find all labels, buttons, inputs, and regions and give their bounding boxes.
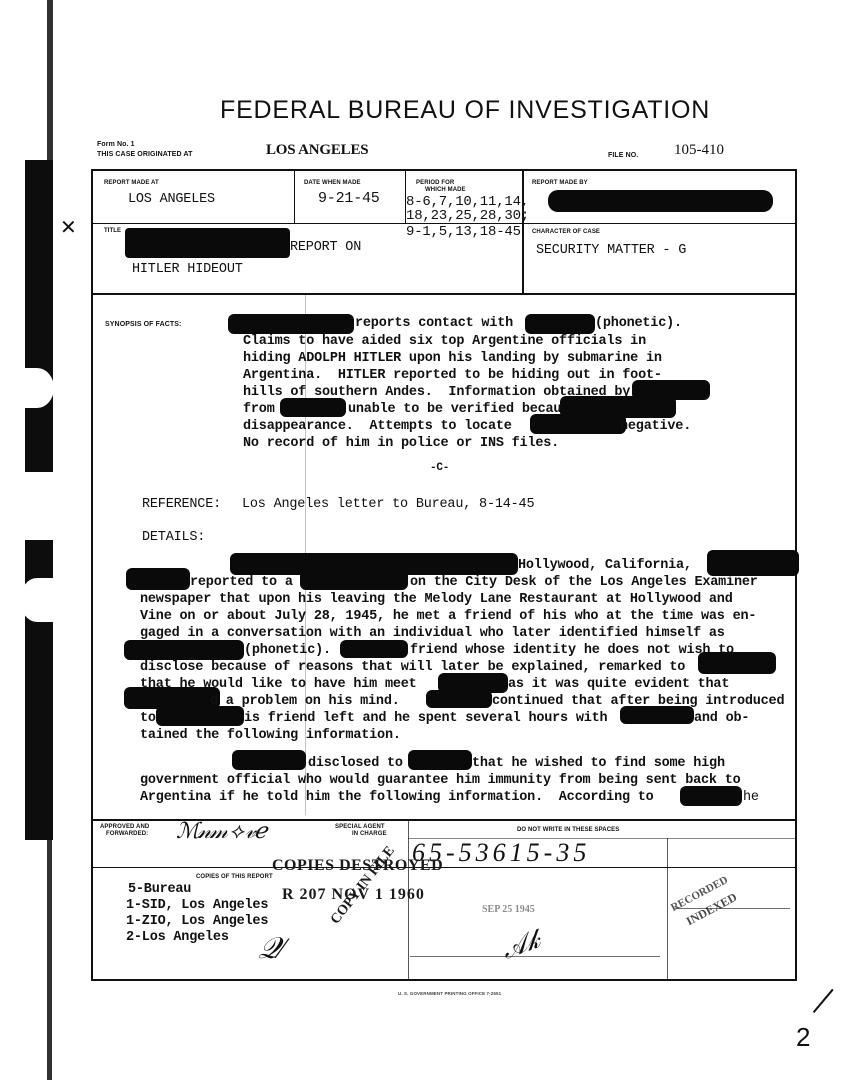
copies-destroyed-stamp: COPIES DESTROYED [272,857,443,875]
details-text: disclose because of reasons that will la… [140,660,685,675]
redaction-synopsis-6 [530,414,626,434]
page-number: 2 [796,1022,810,1053]
redaction-details-4 [300,570,408,590]
corner-slash-mark [813,989,833,1013]
redaction-synopsis-2 [525,314,595,334]
details-text: is friend left and he spent several hour… [244,711,607,726]
synopsis-separator: -C- [430,462,449,474]
agency-title: FEDERAL BUREAU OF INVESTIGATION [220,96,710,125]
period-line-2: 18,23,25,28,30; [406,208,529,224]
binding-block-upper [25,160,53,472]
redaction-details-15 [680,786,742,806]
redaction-title-name [125,228,290,258]
details-text: (phonetic). [244,643,331,658]
details-text: tained the following information. [140,728,401,743]
synopsis-text: reports contact with [355,316,513,331]
redaction-agent-name [548,190,773,212]
title-line-2: HITLER HIDEOUT [132,262,243,277]
margin-x-mark: ✕ [60,215,77,240]
synopsis-text: (phonetic). [595,316,682,331]
report-made-by-label: REPORT MADE BY [532,180,588,186]
redaction-details-5 [124,640,244,660]
case-originated-label: THIS CASE ORIGINATED AT [97,151,193,158]
footer-col-2 [667,838,668,980]
title-line-1: REPORT ON [290,240,361,255]
report-made-at-label: REPORT MADE AT [104,180,159,186]
synopsis-text: hiding ADOLPH HITLER upon his landing by… [243,351,662,366]
footer-subline-2 [675,908,790,909]
copies-list-item: 1-SID, Los Angeles [126,898,268,913]
synopsis-text: No record of him in police or INS files. [243,436,559,451]
punch-hole-upper [20,368,54,408]
details-text: disclosed to [308,756,403,771]
report-made-at-value: LOS ANGELES [128,192,215,207]
character-of-case-value: SECURITY MATTER - G [536,243,686,258]
details-label: DETAILS: [142,530,205,545]
grid-header-bottom [91,293,797,295]
details-text: as it was quite evident that [508,677,729,692]
printer-note: U. S. GOVERNMENT PRINTING OFFICE 7-2551 [398,991,501,996]
redaction-synopsis-1 [228,314,354,334]
initials-scrawl: 𝒬⁄ [258,932,285,966]
file-number-value: 105-410 [674,142,724,159]
synopsis-text: negative. [620,419,691,434]
details-text: Vine on or about July 28, 1945, he met a… [140,609,756,624]
redaction-details-13 [232,750,306,770]
redaction-synopsis-4 [280,398,346,417]
details-text: friend whose identity he does not wish t… [410,643,734,658]
case-originated-value: LOS ANGELES [266,142,368,159]
details-text: newspaper that upon his leaving the Melo… [140,592,733,607]
details-text: that he wished to find some high [472,756,725,771]
copies-list-item: 5-Bureau [128,882,191,897]
title-label: TITLE [104,228,121,234]
received-date-stamp: SEP 25 1945 [482,904,535,915]
redaction-details-2 [707,550,799,576]
details-text: government official who would guarantee … [140,773,741,788]
copies-label: COPIES OF THIS REPORT [196,874,273,880]
synopsis-text: Claims to have aided six top Argentine o… [243,334,646,349]
period-label-2: WHICH MADE [425,187,466,193]
copies-list-item: 2-Los Angeles [126,930,229,945]
synopsis-text: Argentina. HITLER reported to be hiding … [243,368,662,383]
period-line-3: 9-1,5,13,18-45 [406,224,521,240]
details-text: on the City Desk of the Los Angeles Exam… [410,575,758,590]
details-text: gaged in a conversation with an individu… [140,626,725,641]
details-text: and ob- [694,711,749,726]
period-label-1: PERIOD FOR [416,180,454,186]
date-made-label: DATE WHEN MADE [304,180,361,186]
binding-strip-bottom [47,840,52,1080]
details-text: Argentina if he told him the following i… [140,790,654,805]
grid-col-by [522,170,524,294]
approved-label-2: FORWARDED: [106,831,148,837]
form-number-label: Form No. 1 [97,141,135,148]
redaction-details-11 [156,706,244,726]
do-not-write-label: DO NOT WRITE IN THESE SPACES [517,827,619,833]
approved-label-1: APPROVED AND [100,824,149,830]
details-text: to [140,711,156,726]
punch-hole-lower [20,578,54,622]
grid-col-date [294,170,295,224]
synopsis-label: SYNOPSIS OF FACTS: [105,321,181,328]
form-border-bottom [91,979,797,981]
footer-handwritten-mark: 𝒜𝓀 [498,924,545,966]
details-text: he [743,790,759,805]
character-of-case-label: CHARACTER OF CASE [532,229,600,235]
binding-strip-top [47,0,53,160]
details-text: reported to a [190,575,293,590]
redaction-details-14 [408,750,472,770]
copies-list-item: 1-ZIO, Los Angeles [126,914,268,929]
redaction-details-3 [126,568,190,590]
reference-label: REFERENCE: [142,497,221,512]
redaction-details-6 [340,640,408,658]
synopsis-text: from [243,402,275,417]
file-number-label: FILE NO. [608,152,638,159]
synopsis-text: disappearance. Attempts to locate [243,419,512,434]
form-border-top [91,169,797,171]
form-border-left [91,169,93,981]
details-text: Hollywood, California, [518,558,692,573]
reference-text: Los Angeles letter to Bureau, 8-14-45 [242,497,534,512]
redaction-details-10 [426,690,492,708]
special-agent-label-2: IN CHARGE [352,831,387,837]
redaction-details-12 [620,706,694,724]
special-agent-label-1: SPECIAL AGENT [335,824,385,830]
date-made-value: 9-21-45 [318,190,380,207]
redaction-details-7 [698,652,776,674]
approval-signature: ℳ𝓃𝓂 ⟡ 𝓋ℯ [176,818,265,844]
